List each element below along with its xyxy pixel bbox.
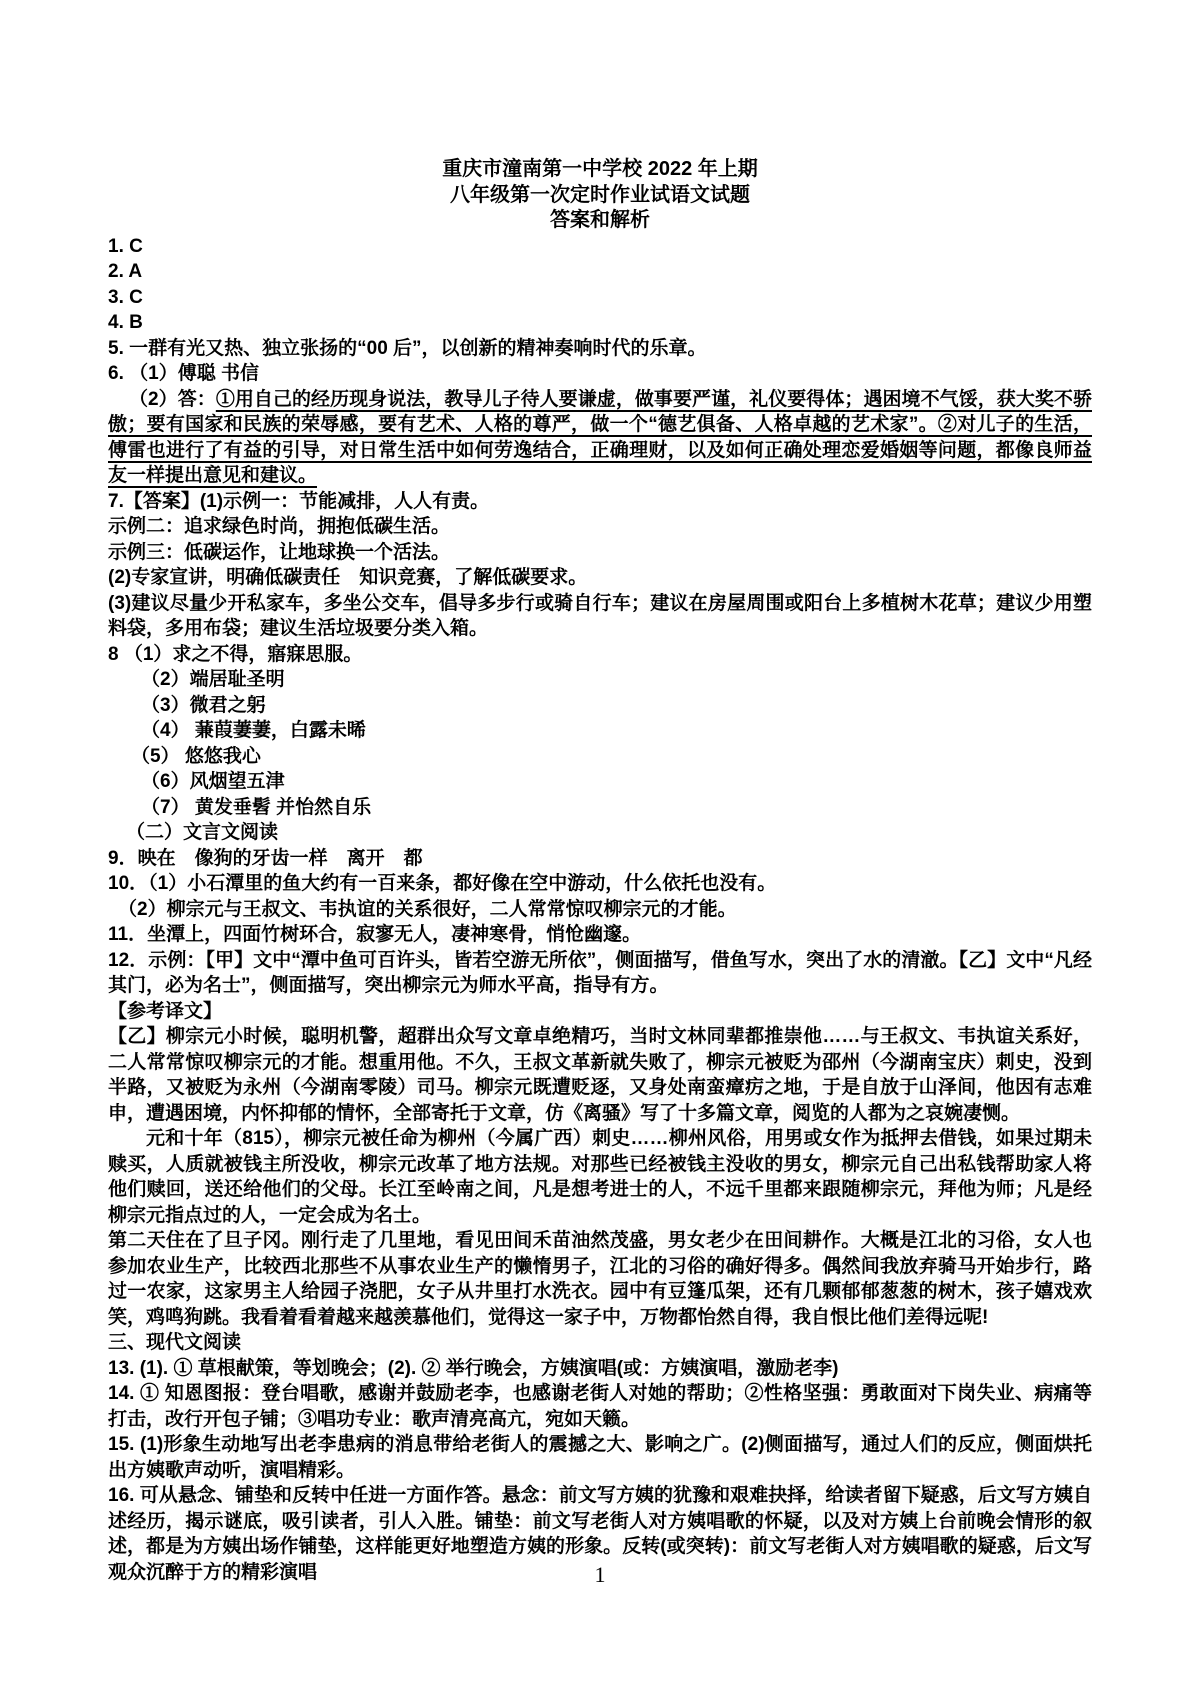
text-segment: 2. A [108, 261, 142, 282]
text-segment: 13. (1). ① 草根献策，等划晚会；(2). ② 举行晚会，方姨演唱(或：… [108, 1358, 838, 1379]
text-segment: (2)专家宣讲，明确低碳责任 知识竞赛，了解低碳要求。 [108, 567, 587, 588]
text-segment: 【参考译文】 [108, 1001, 222, 1022]
text-segment: 1. C [108, 236, 143, 257]
page-number: 1 [0, 1562, 1200, 1588]
text-line-24: 11．坐潭上，四面竹树环合，寂寥无人，凄神寒骨，悄怆幽邃。 [108, 922, 1092, 948]
doc-title-line-3: 答案和解析 [108, 208, 1092, 234]
underlined-text: ①用自己的经历现身说法，教导儿子待人要谦虚，做事要严谨，礼仪要得体；遇困境不气馁… [108, 389, 1092, 487]
text-line-6: 6. （1）傅聪 书信 [108, 361, 1092, 387]
text-line-25: 12．示例：【甲】文中“潭中鱼可百许头，皆若空游无所依”，侧面描写，借鱼写水，突… [108, 948, 1092, 999]
text-segment: 6. （1）傅聪 书信 [108, 363, 259, 384]
text-line-21: 9．映在 像狗的牙齿一样 离开 都 [108, 846, 1092, 872]
document-page: 重庆市潼南第一中学校 2022 年上期 八年级第一次定时作业试语文试题 答案和解… [0, 0, 1200, 1700]
text-line-9: 示例二：追求绿色时尚，拥抱低碳生活。 [108, 514, 1092, 540]
text-line-12: (3)建议尽量少开私家车，多坐公交车，倡导多步行或骑自行车；建议在房屋周围或阳台… [108, 591, 1092, 642]
text-segment: 【乙】柳宗元小时候，聪明机警，超群出众写文章卓绝精巧，当时文林同辈都推崇他……与… [108, 1026, 1092, 1124]
text-line-30: 三、现代文阅读 [108, 1330, 1092, 1356]
text-segment: （3）微君之躬 [141, 695, 266, 716]
text-segment: 第二天住在了旦子冈。刚行走了几里地，看见田间禾苗油然茂盛，男女老少在田间耕作。大… [108, 1230, 1092, 1328]
doc-title-line-2: 八年级第一次定时作业试语文试题 [108, 183, 1092, 209]
text-segment: (3)建议尽量少开私家车，多坐公交车，倡导多步行或骑自行车；建议在房屋周围或阳台… [108, 593, 1092, 640]
text-line-27: 【乙】柳宗元小时候，聪明机警，超群出众写文章卓绝精巧，当时文林同辈都推崇他……与… [108, 1024, 1092, 1126]
text-line-7: （2）答：①用自己的经历现身说法，教导儿子待人要谦虚，做事要严谨，礼仪要得体；遇… [108, 387, 1092, 489]
text-segment: 15. (1)形象生动地写出老李患病的消息带给老街人的震撼之大、影响之广。(2)… [108, 1434, 1092, 1481]
text-segment: （6）风烟望五津 [141, 771, 285, 792]
text-line-22: 10．（1）小石潭里的鱼大约有一百来条，都好像在空中游动，什么依托也没有。 [108, 871, 1092, 897]
text-segment: （2）端居耻圣明 [141, 669, 285, 690]
text-segment: 11．坐潭上，四面竹树环合，寂寥无人，凄神寒骨，悄怆幽邃。 [108, 924, 641, 945]
text-segment: 14. ① 知恩图报：登台唱歌，感谢并鼓励老李，也感谢老街人对她的帮助；②性格坚… [108, 1383, 1092, 1430]
text-line-16: （4） 蒹葭萋萋，白露未晞 [108, 718, 1092, 744]
text-line-28: 元和十年（815），柳宗元被任命为柳州（今属广西）刺史……柳州风俗，用男或女作为… [108, 1126, 1092, 1228]
text-line-11: (2)专家宣讲，明确低碳责任 知识竞赛，了解低碳要求。 [108, 565, 1092, 591]
text-line-19: （7） 黄发垂髫 并怡然自乐 [108, 795, 1092, 821]
text-line-5: 5. 一群有光又热、独立张扬的“00 后”，以创新的精神奏响时代的乐章。 [108, 336, 1092, 362]
text-segment: 10．（1）小石潭里的鱼大约有一百来条，都好像在空中游动，什么依托也没有。 [108, 873, 776, 894]
text-line-14: （2）端居耻圣明 [108, 667, 1092, 693]
text-segment: 三、现代文阅读 [108, 1332, 241, 1353]
text-line-20: （二）文言文阅读 [108, 820, 1092, 846]
text-segment: 8 （1）求之不得，寤寐思服。 [108, 644, 362, 665]
text-line-13: 8 （1）求之不得，寤寐思服。 [108, 642, 1092, 668]
text-segment: 元和十年（815），柳宗元被任命为柳州（今属广西）刺史……柳州风俗，用男或女作为… [108, 1128, 1092, 1226]
text-segment: （二）文言文阅读 [126, 822, 278, 843]
text-line-15: （3）微君之躬 [108, 693, 1092, 719]
text-segment: 3. C [108, 287, 143, 308]
text-line-2: 2. A [108, 259, 1092, 285]
document-body: 重庆市潼南第一中学校 2022 年上期 八年级第一次定时作业试语文试题 答案和解… [108, 157, 1092, 1585]
text-line-29: 第二天住在了旦子冈。刚行走了几里地，看见田间禾苗油然茂盛，男女老少在田间耕作。大… [108, 1228, 1092, 1330]
text-line-3: 3. C [108, 285, 1092, 311]
text-line-23: （2）柳宗元与王叔文、韦执谊的关系很好，二人常常惊叹柳宗元的才能。 [108, 897, 1092, 923]
text-segment: 4. B [108, 312, 143, 333]
text-line-17: （5） 悠悠我心 [108, 744, 1092, 770]
text-line-10: 示例三：低碳运作，让地球换一个活法。 [108, 540, 1092, 566]
text-segment: （5） 悠悠我心 [131, 746, 261, 767]
text-segment: （2）柳宗元与王叔文、韦执谊的关系很好，二人常常惊叹柳宗元的才能。 [118, 899, 737, 920]
text-line-8: 7.【答案】(1)示例一：节能减排，人人有责。 [108, 489, 1092, 515]
text-line-33: 15. (1)形象生动地写出老李患病的消息带给老街人的震撼之大、影响之广。(2)… [108, 1432, 1092, 1483]
text-segment: （4） 蒹葭萋萋，白露未晞 [141, 720, 366, 741]
text-segment: 示例三：低碳运作，让地球换一个活法。 [108, 542, 450, 563]
text-segment: 9．映在 像狗的牙齿一样 离开 都 [108, 848, 423, 869]
text-segment: （2）答： [129, 389, 216, 410]
text-segment: 12．示例：【甲】文中“潭中鱼可百许头，皆若空游无所依”，侧面描写，借鱼写水，突… [108, 950, 1092, 997]
text-line-31: 13. (1). ① 草根献策，等划晚会；(2). ② 举行晚会，方姨演唱(或：… [108, 1356, 1092, 1382]
answers-body: 1. C2. A3. C4. B5. 一群有光又热、独立张扬的“00 后”，以创… [108, 234, 1092, 1586]
text-line-1: 1. C [108, 234, 1092, 260]
text-line-26: 【参考译文】 [108, 999, 1092, 1025]
doc-title-line-1: 重庆市潼南第一中学校 2022 年上期 [108, 157, 1092, 183]
text-line-18: （6）风烟望五津 [108, 769, 1092, 795]
text-segment: 示例二：追求绿色时尚，拥抱低碳生活。 [108, 516, 450, 537]
text-segment: （7） 黄发垂髫 并怡然自乐 [141, 797, 371, 818]
text-line-4: 4. B [108, 310, 1092, 336]
text-segment: 7.【答案】(1)示例一：节能减排，人人有责。 [108, 491, 489, 512]
text-line-32: 14. ① 知恩图报：登台唱歌，感谢并鼓励老李，也感谢老街人对她的帮助；②性格坚… [108, 1381, 1092, 1432]
text-segment: 5. 一群有光又热、独立张扬的“00 后”，以创新的精神奏响时代的乐章。 [108, 338, 707, 359]
